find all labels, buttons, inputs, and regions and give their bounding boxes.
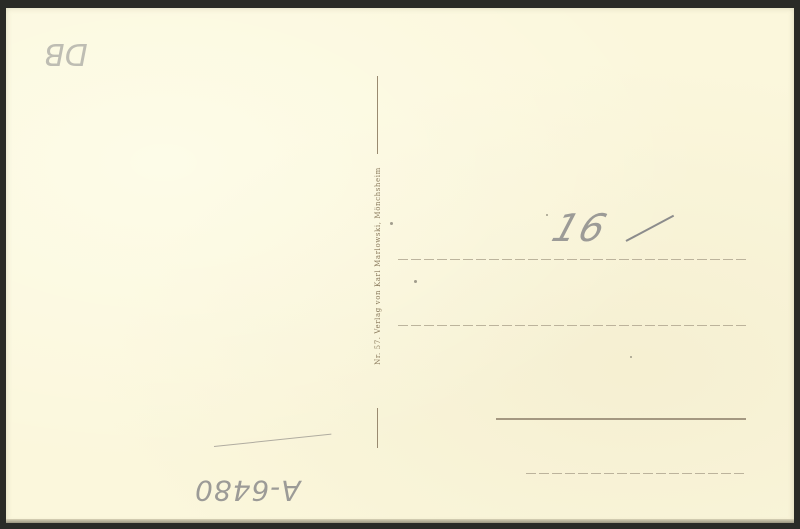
pencil-stroke [214,434,331,447]
paper-speck [630,356,632,358]
publisher-imprint: Nr. 57. Verlag von Karl Marlowski, Mönch… [374,167,382,365]
divider-line-bottom [377,408,378,448]
address-line-1 [398,259,748,260]
paper-speck [414,280,417,283]
paper-speck [390,222,393,225]
address-line-3 [496,418,746,420]
address-line-4 [526,473,746,474]
address-line-2 [398,325,748,326]
divider-line-top [377,76,378,154]
handwritten-corner-note: DB [44,36,88,71]
pencil-slash-mark [626,215,675,242]
handwritten-reference-number: A-6480 [194,474,301,507]
paper-speck [546,214,548,216]
handwritten-price-note: 16 [547,206,614,250]
card-edge-shadow [6,519,794,523]
postcard-back: DB Nr. 57. Verlag von Karl Marlowski, Mö… [6,8,794,523]
